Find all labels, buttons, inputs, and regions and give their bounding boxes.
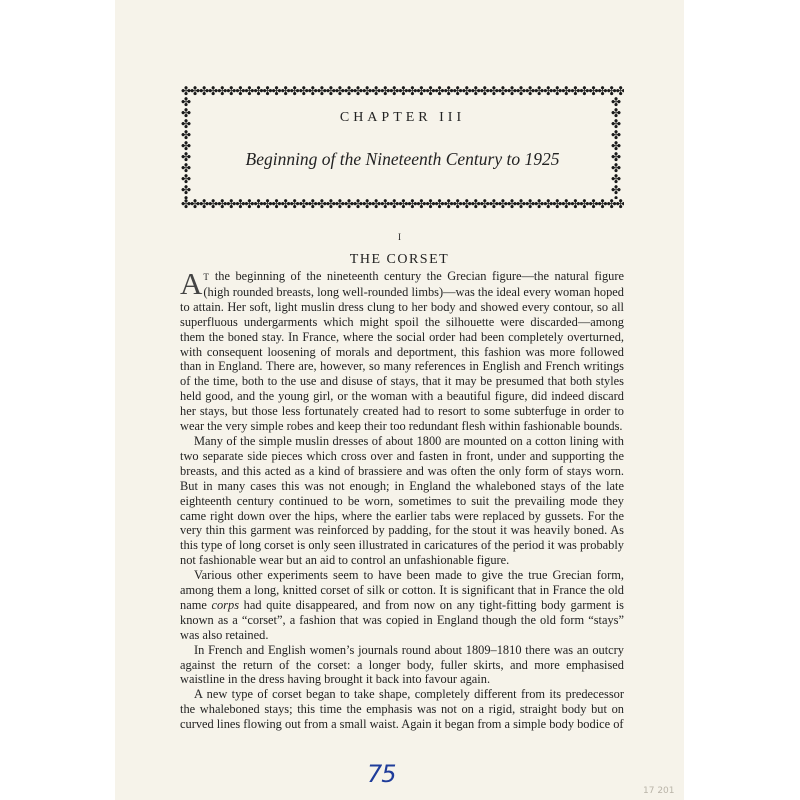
pencil-annotation: 17 201	[643, 786, 675, 796]
section-number: I	[115, 232, 684, 242]
chapter-subtitle: Beginning of the Nineteenth Century to 1…	[181, 149, 624, 170]
drop-cap: A	[180, 271, 202, 297]
paragraph: Many of the simple muslin dresses of abo…	[180, 434, 624, 568]
book-page: ✤✤✤✤✤✤✤✤✤✤✤✤✤✤✤✤✤✤✤✤✤✤✤✤✤✤✤✤✤✤✤✤✤✤✤✤✤✤✤✤…	[115, 0, 684, 800]
ornament-border-top: ✤✤✤✤✤✤✤✤✤✤✤✤✤✤✤✤✤✤✤✤✤✤✤✤✤✤✤✤✤✤✤✤✤✤✤✤✤✤✤✤…	[181, 85, 624, 98]
paragraph: A new type of corset began to take shape…	[180, 687, 624, 732]
ornament-border-bottom: ✤✤✤✤✤✤✤✤✤✤✤✤✤✤✤✤✤✤✤✤✤✤✤✤✤✤✤✤✤✤✤✤✤✤✤✤✤✤✤✤…	[181, 198, 624, 211]
ornamental-border-frame: ✤✤✤✤✤✤✤✤✤✤✤✤✤✤✤✤✤✤✤✤✤✤✤✤✤✤✤✤✤✤✤✤✤✤✤✤✤✤✤✤…	[181, 85, 624, 211]
paragraph: AT the beginning of the nineteenth centu…	[180, 269, 624, 434]
chapter-heading: CHAPTER III	[181, 110, 624, 126]
handwritten-page-number: 75	[367, 760, 396, 788]
body-text: AT the beginning of the nineteenth centu…	[180, 269, 624, 732]
paragraph: In French and English women’s journals r…	[180, 643, 624, 688]
italic-term: corps	[211, 598, 239, 612]
paragraph: Various other experiments seem to have b…	[180, 568, 624, 643]
